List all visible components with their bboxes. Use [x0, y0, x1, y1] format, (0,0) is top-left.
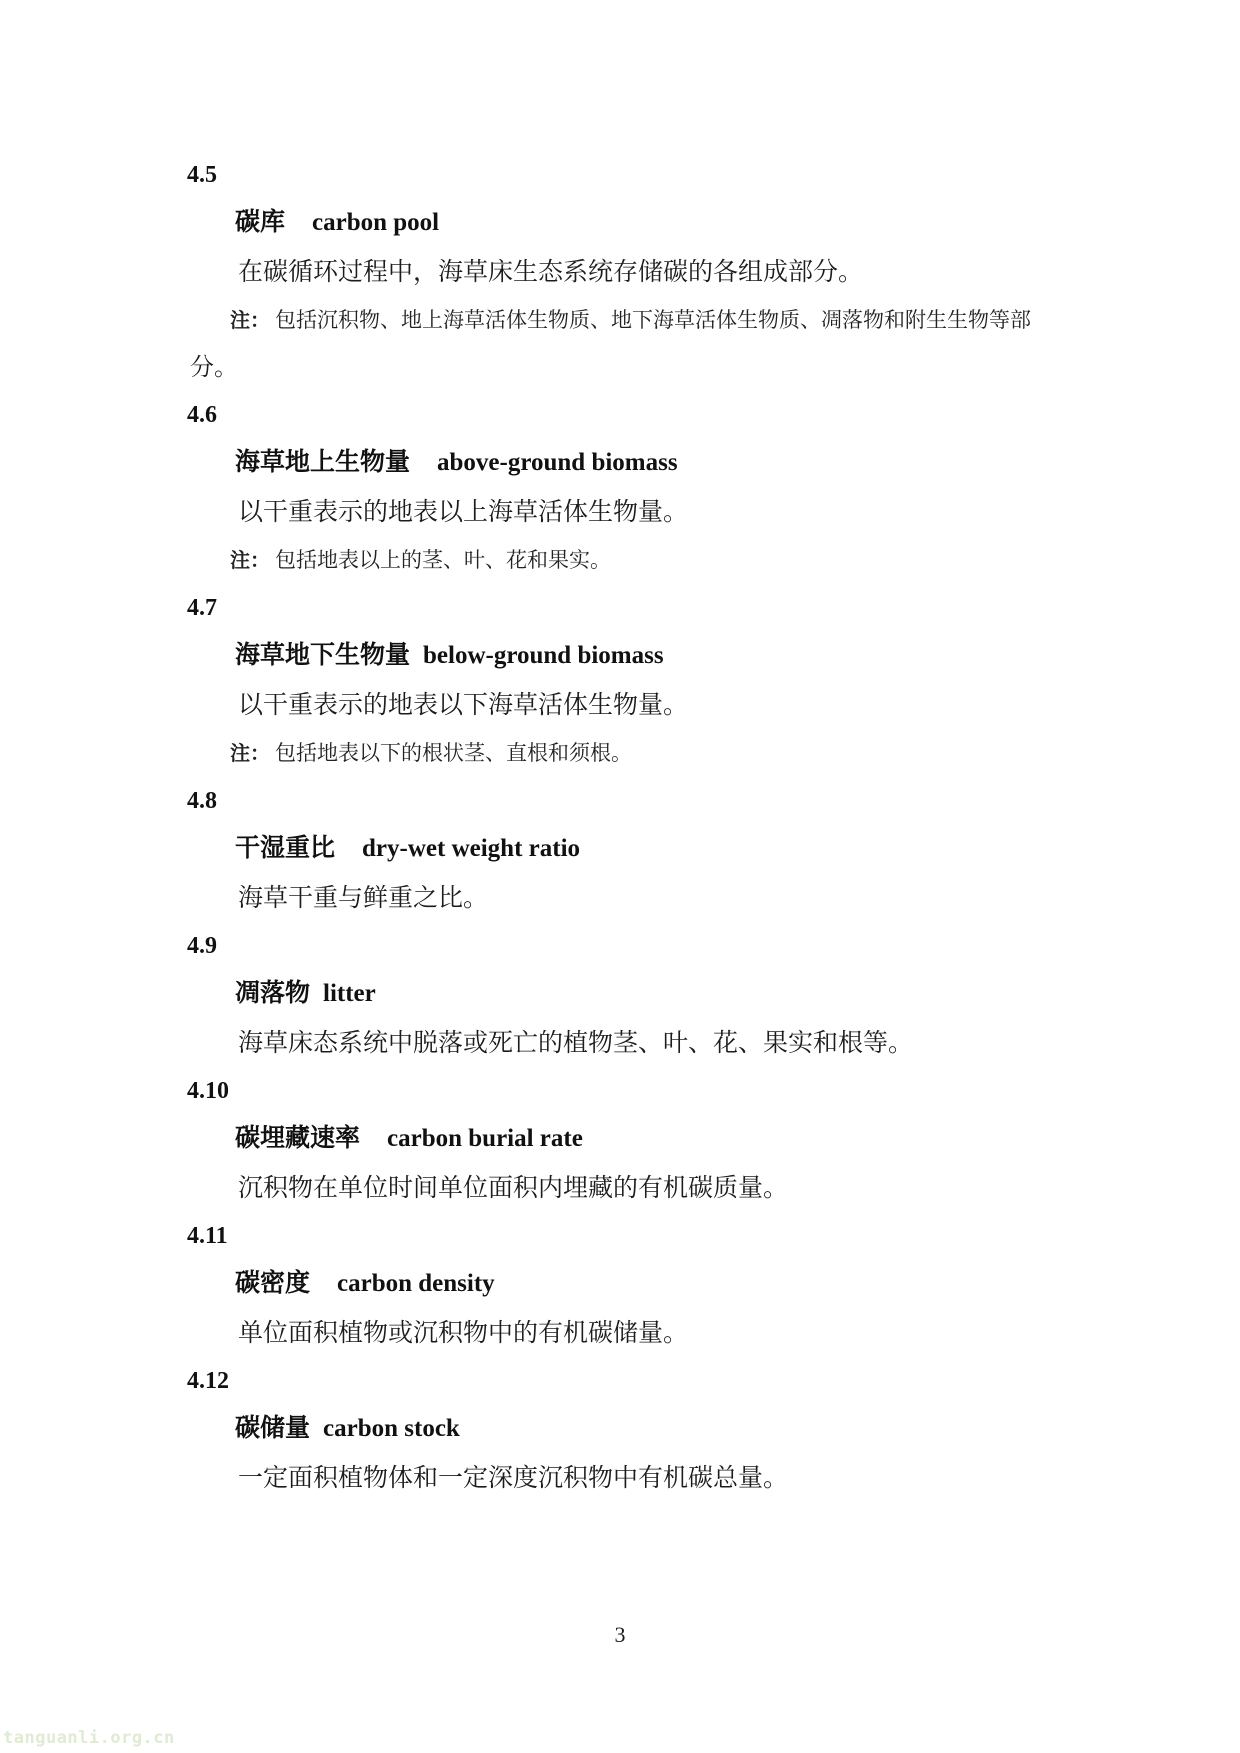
term-line: 碳储量carbon stock [235, 1413, 1080, 1447]
note-label: 注： [230, 310, 270, 332]
term-zh: 碳密度 [235, 1269, 310, 1297]
term-line: 碳埋藏速率carbon burial rate [235, 1123, 1080, 1157]
definition: 单位面积植物或沉积物中的有机碳储量。 [238, 1319, 1080, 1349]
term-section-4-10: 4.10 碳埋藏速率carbon burial rate 沉积物在单位时间单位面… [187, 1076, 1080, 1204]
term-line: 海草地上生物量above-ground biomass [235, 447, 1080, 481]
note-text: 包括地表以下的根状茎、直根和须根。 [275, 741, 632, 765]
term-en: dry-wet weight ratio [362, 835, 580, 862]
section-number: 4.8 [187, 786, 1080, 816]
term-zh: 海草地上生物量 [235, 448, 410, 476]
definition: 一定面积植物体和一定深度沉积物中有机碳总量。 [238, 1464, 1080, 1494]
term-zh: 干湿重比 [235, 834, 335, 862]
term-en: above-ground biomass [437, 449, 678, 476]
definition: 海草干重与鲜重之比。 [238, 884, 1080, 914]
definition: 在碳循环过程中，海草床生态系统存储碳的各组成部分。 [238, 258, 1080, 288]
section-number: 4.9 [187, 931, 1080, 961]
term-zh: 碳埋藏速率 [235, 1124, 360, 1152]
term-section-4-8: 4.8 干湿重比dry-wet weight ratio 海草干重与鲜重之比。 [187, 786, 1080, 914]
term-line: 碳库carbon pool [235, 207, 1080, 241]
page-number: 3 [0, 1620, 1240, 1650]
term-line: 碳密度carbon density [235, 1268, 1080, 1302]
term-zh: 凋落物 [235, 979, 310, 1007]
definition: 沉积物在单位时间单位面积内埋藏的有机碳质量。 [238, 1174, 1080, 1204]
section-number: 4.10 [187, 1076, 1080, 1106]
term-zh: 碳库 [235, 208, 285, 236]
document-page: 4.5 碳库carbon pool 在碳循环过程中，海草床生态系统存储碳的各组成… [0, 0, 1240, 1753]
term-section-4-12: 4.12 碳储量carbon stock 一定面积植物体和一定深度沉积物中有机碳… [187, 1366, 1080, 1494]
section-number: 4.7 [187, 593, 1080, 623]
term-zh: 海草地下生物量 [235, 641, 410, 669]
note-text: 包括沉积物、地上海草活体生物质、地下海草活体生物质、凋落物和附生生物等部 [275, 308, 1031, 332]
term-line: 干湿重比dry-wet weight ratio [235, 833, 1080, 867]
term-en: litter [323, 980, 376, 1007]
term-en: carbon stock [323, 1415, 460, 1442]
note: 注：包括沉积物、地上海草活体生物质、地下海草活体生物质、凋落物和附生生物等部 [230, 305, 1080, 336]
term-zh: 碳储量 [235, 1414, 310, 1442]
section-number: 4.11 [187, 1221, 1080, 1251]
term-section-4-11: 4.11 碳密度carbon density 单位面积植物或沉积物中的有机碳储量… [187, 1221, 1080, 1349]
term-section-4-9: 4.9 凋落物litter 海草床态系统中脱落或死亡的植物茎、叶、花、果实和根等… [187, 931, 1080, 1059]
document-content: 4.5 碳库carbon pool 在碳循环过程中，海草床生态系统存储碳的各组成… [0, 0, 1240, 1494]
definition: 海草床态系统中脱落或死亡的植物茎、叶、花、果实和根等。 [238, 1029, 1080, 1059]
term-en: carbon density [337, 1270, 495, 1297]
section-number: 4.12 [187, 1366, 1080, 1396]
note-text: 包括地表以上的茎、叶、花和果实。 [275, 548, 611, 572]
section-number: 4.6 [187, 400, 1080, 430]
note-continuation: 分。 [190, 353, 1080, 383]
section-number: 4.5 [187, 160, 1080, 190]
term-line: 海草地下生物量below-ground biomass [235, 640, 1080, 674]
watermark: tanguanli.org.cn [3, 1728, 175, 1748]
definition: 以干重表示的地表以上海草活体生物量。 [238, 498, 1080, 528]
note-label: 注： [230, 550, 270, 572]
note: 注：包括地表以上的茎、叶、花和果实。 [230, 545, 1080, 576]
term-en: below-ground biomass [423, 642, 664, 669]
term-en: carbon pool [312, 209, 439, 236]
term-en: carbon burial rate [387, 1125, 583, 1152]
term-line: 凋落物litter [235, 978, 1080, 1012]
note: 注：包括地表以下的根状茎、直根和须根。 [230, 738, 1080, 769]
definition: 以干重表示的地表以下海草活体生物量。 [238, 691, 1080, 721]
term-section-4-7: 4.7 海草地下生物量below-ground biomass 以干重表示的地表… [187, 593, 1080, 769]
term-section-4-5: 4.5 碳库carbon pool 在碳循环过程中，海草床生态系统存储碳的各组成… [187, 160, 1080, 383]
note-label: 注： [230, 743, 270, 765]
term-section-4-6: 4.6 海草地上生物量above-ground biomass 以干重表示的地表… [187, 400, 1080, 576]
